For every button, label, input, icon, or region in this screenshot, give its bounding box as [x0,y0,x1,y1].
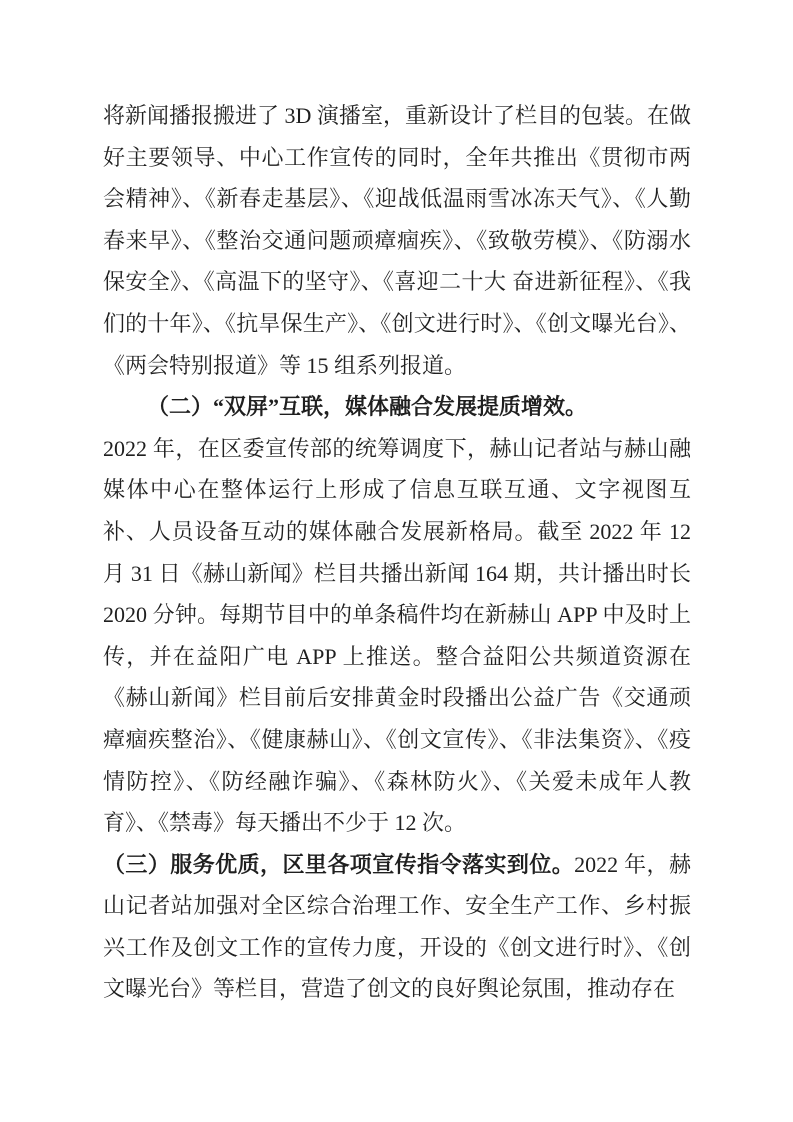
paragraph-section-3: （三）服务优质，区里各项宣传指令落实到位。2022 年，赫山记者站加强对全区综合… [103,844,691,1010]
paragraph-continuation: 将新闻播报搬进了 3D 演播室，重新设计了栏目的包装。在做好主要领导、中心工作宣… [103,95,691,386]
paragraph-section-2-body: 2022 年，在区委宣传部的统筹调度下，赫山记者站与赫山融媒体中心在整体运行上形… [103,428,691,844]
document-page: 将新闻播报搬进了 3D 演播室，重新设计了栏目的包装。在做好主要领导、中心工作宣… [0,0,793,1122]
section-3-inline-heading: （三）服务优质，区里各项宣传指令落实到位。 [103,852,574,877]
page-text-content: 将新闻播报搬进了 3D 演播室，重新设计了栏目的包装。在做好主要领导、中心工作宣… [103,95,691,1010]
section-2-heading: （二）“双屏”互联，媒体融合发展提质增效。 [103,386,691,428]
